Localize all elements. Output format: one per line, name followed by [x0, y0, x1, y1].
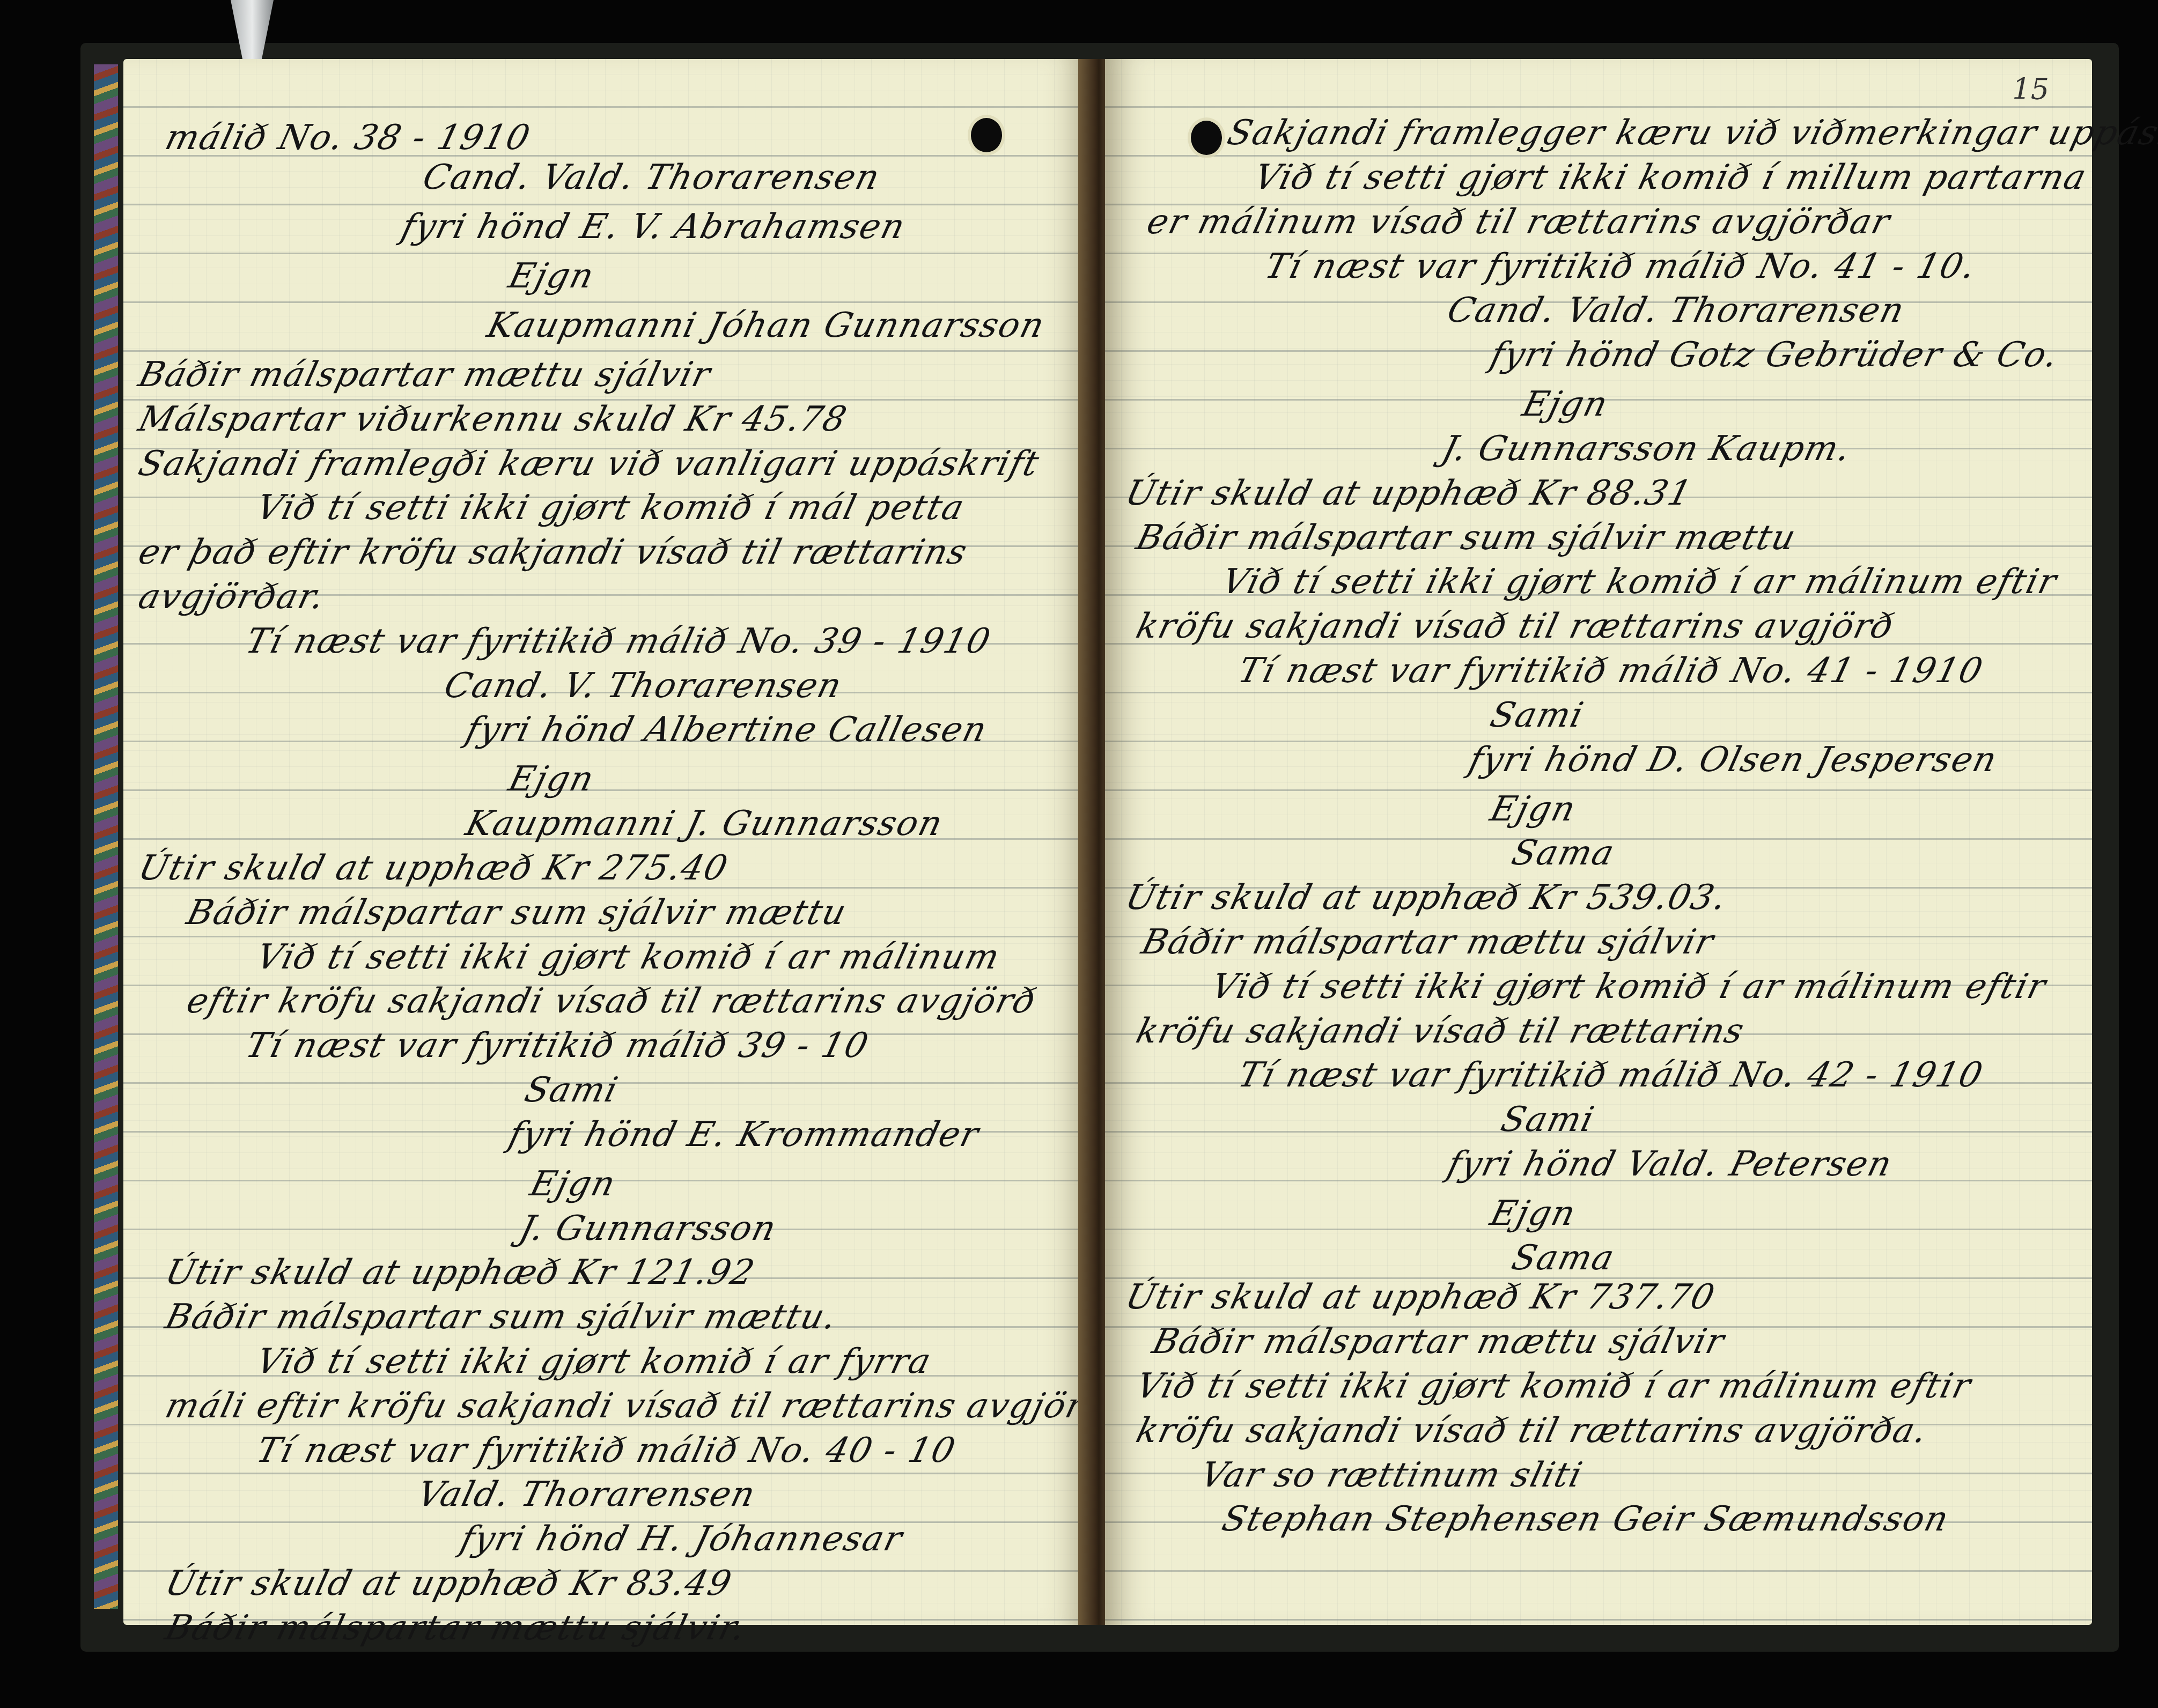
handwritten-line: Við tí setti ikki gjørt komið í ar málin…	[1207, 967, 2051, 1007]
handwritten-line: avgjörðar.	[135, 577, 329, 617]
handwritten-line: Útir skuld at upphæð Kr 83.49	[161, 1564, 736, 1603]
handwritten-line: eftir kröfu sakjandi vísað til rættarins…	[183, 981, 1041, 1021]
left-page: málið No. 38 - 1910Cand. Vald. Thorarens…	[123, 59, 1089, 1625]
handwritten-line: Báðir málspartar mættu sjálvir	[1148, 1322, 1729, 1362]
handwritten-line: Ejgn	[505, 759, 599, 799]
handwritten-line: Ejgn	[505, 256, 599, 296]
handwritten-line: Báðir málspartar mættu sjálvir.	[161, 1608, 750, 1648]
handwritten-line: Sakjandi framlegger kæru við viðmerkinga…	[1224, 113, 2158, 153]
handwritten-line: Útir skuld at upphæð Kr 121.92	[161, 1253, 759, 1292]
handwritten-line: Tí næst var fyritikið málið No. 39 - 191…	[242, 622, 995, 661]
handwritten-line: Við tí setti gjørt ikki komið í millum p…	[1250, 158, 2091, 197]
handwritten-line: Við tí setti ikki gjørt komið í mál pett…	[253, 488, 969, 528]
handwritten-line: Cand. V. Thorarensen	[440, 666, 846, 706]
handwritten-line: Ejgn	[526, 1164, 620, 1204]
handwritten-line: Tí næst var fyritikið málið No. 42 - 191…	[1234, 1055, 1987, 1095]
handwritten-line: Tí næst var fyritikið málið No. 40 - 10	[253, 1431, 960, 1470]
handwritten-line: Útir skuld at upphæð Kr 275.40	[135, 848, 732, 888]
handwritten-line: Ejgn	[1486, 1194, 1580, 1233]
marbled-page-edge	[94, 64, 118, 1609]
handwritten-line: Sakjandi framlegði kæru við vanligari up…	[135, 444, 1044, 484]
handwritten-line: Tí næst var fyritikið málið No. 41 - 10.	[1261, 247, 1980, 286]
page-number: 15	[2012, 72, 2049, 106]
handwritten-line: fyri hönd E. V. Abrahamsen	[397, 207, 910, 247]
handwritten-line: Báðir málspartar sum sjálvir mættu	[1132, 518, 1801, 558]
handwritten-line: J. Gunnarsson	[515, 1209, 781, 1248]
handwritten-line: Málspartar viðurkennu skuld Kr 45.78	[135, 400, 851, 439]
handwritten-line: Sami	[1497, 1100, 1599, 1140]
punch-hole-icon	[1191, 121, 1222, 155]
handwritten-line: J. Gunnarsson Kaupm.	[1438, 429, 1855, 469]
handwritten-line: fyri hönd H. Jóhannesar	[456, 1519, 907, 1559]
handwritten-line: Tí næst var fyritikið málið 39 - 10	[242, 1026, 873, 1066]
handwritten-line: Kaupmanni Jóhan Gunnarsson	[483, 306, 1049, 345]
handwritten-line: Báðir málspartar sum sjálvir mættu.	[161, 1297, 842, 1337]
handwritten-line: Cand. Vald. Thorarensen	[1443, 291, 1909, 330]
right-page: 15 Sakjandi framlegger kæru við viðmerki…	[1105, 59, 2092, 1625]
handwritten-line: Útir skuld at upphæð Kr 737.70	[1122, 1277, 1719, 1317]
handwritten-line: Báðir málspartar sum sjálvir mættu	[183, 893, 851, 933]
handwritten-line: fyri hönd D. Olsen Jespersen	[1465, 740, 2002, 780]
handwritten-line: Útir skuld at upphæð Kr 88.31	[1122, 474, 1697, 513]
handwritten-line: Við tí setti ikki gjørt komið í ar málin…	[1132, 1366, 1976, 1406]
handwritten-line: Sami	[1486, 696, 1588, 735]
handwritten-line: Sama	[1508, 833, 1619, 873]
handwritten-line: Sami	[521, 1070, 623, 1110]
handwritten-line: fyri hönd Albertine Callesen	[462, 710, 992, 750]
handwritten-line: Útir skuld at upphæð Kr 539.03.	[1122, 878, 1732, 918]
handwritten-line: Tí næst var fyritikið málið No. 41 - 191…	[1234, 651, 1987, 691]
punch-hole-icon	[971, 118, 1002, 152]
handwritten-line: fyri hönd E. Krommander	[505, 1115, 984, 1155]
handwritten-line: kröfu sakjandi vísað til rættarins	[1132, 1011, 1749, 1051]
handwritten-line: Ejgn	[1486, 789, 1580, 829]
handwritten-line: Ejgn	[1519, 385, 1612, 424]
handwritten-line: Sama	[1508, 1238, 1619, 1278]
handwritten-line: málið No. 38 - 1910	[161, 118, 535, 158]
handwritten-line: Vald. Thorarensen	[414, 1475, 760, 1514]
handwritten-line: Kaupmanni J. Gunnarsson	[462, 804, 947, 844]
handwritten-line: fyri hönd Vald. Petersen	[1443, 1144, 1897, 1184]
handwritten-line: máli eftir kröfu sakjandi vísað til rætt…	[161, 1386, 1150, 1426]
handwritten-line: er það eftir kröfu sakjandi vísað til ræ…	[135, 533, 972, 572]
handwritten-line: Var so rættinum sliti	[1197, 1455, 1587, 1495]
handwritten-line: er málinum vísað til rættarins avgjörðar	[1143, 202, 1895, 242]
handwritten-line: Cand. Vald. Thorarensen	[419, 158, 885, 197]
handwritten-line: kröfu sakjandi vísað til rættarins avgjö…	[1132, 607, 1898, 646]
handwritten-line: fyri hönd Gotz Gebrüder & Co.	[1486, 335, 2063, 375]
handwritten-line: Báðir málspartar mættu sjálvir	[1138, 922, 1719, 962]
handwritten-line: Báðir málspartar mættu sjálvir	[135, 355, 716, 395]
handwritten-line: Við tí setti ikki gjørt komið í ar fyrra	[253, 1342, 936, 1381]
handwritten-line: Við tí setti ikki gjørt komið í ar málin…	[253, 937, 1004, 977]
handwritten-line: Við tí setti ikki gjørt komið í ar málin…	[1218, 562, 2061, 602]
handwritten-line: Stephan Stephensen Geir Sæmundsson	[1218, 1499, 1954, 1539]
handwritten-line: kröfu sakjandi vísað til rættarins avgjö…	[1132, 1411, 1932, 1451]
